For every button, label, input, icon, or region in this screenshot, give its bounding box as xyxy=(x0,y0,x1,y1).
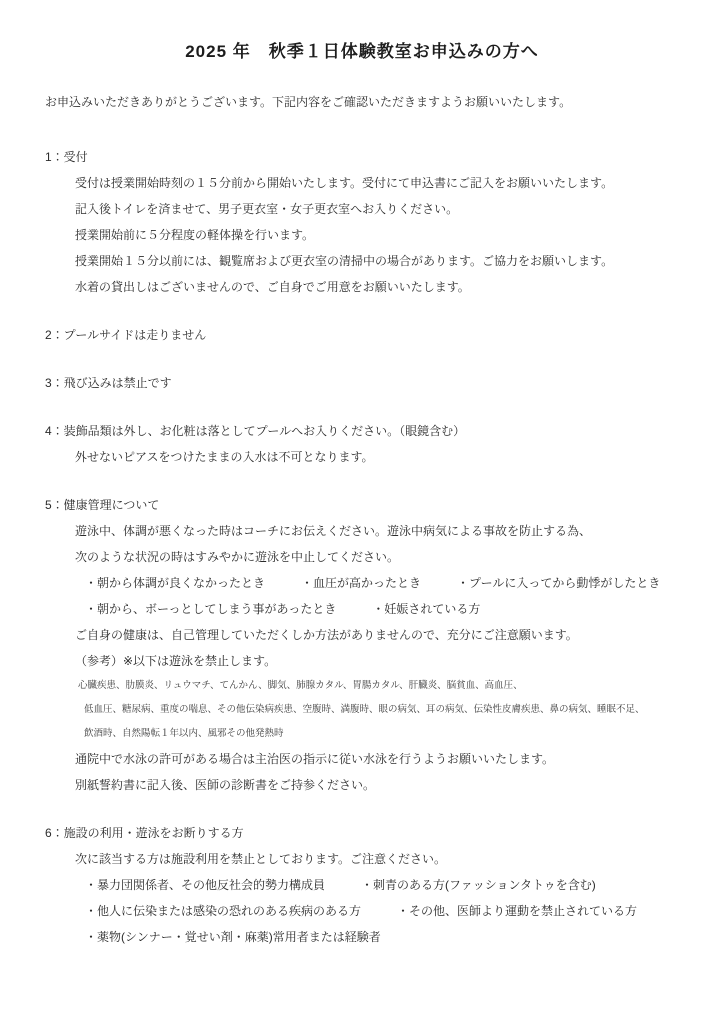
section-line: 別紙誓約書に記入後、医師の診断書をご持参ください。 xyxy=(75,772,704,798)
prohibited-conditions-line: 飲酒時、自然陽転１年以内、風邪その他発熱時 xyxy=(84,722,704,746)
section-bullet-line: ・朝から体調が良くなかったとき ・血圧が高かったとき ・プールに入ってから動悸が… xyxy=(85,570,704,596)
section-heading: 2：プールサイドは走りません xyxy=(45,322,724,348)
intro-text: お申込みいただきありがとうございます。下記内容をご確認いただきますようお願いいた… xyxy=(45,94,694,110)
prohibited-conditions-line: 心臓疾患、肋膜炎、リュウマチ、てんかん、脚気、肺腺カタル、胃腸カタル、肝臓炎、脳… xyxy=(78,674,704,698)
section-refusal: 6：施設の利用・遊泳をお断りする方 次に該当する方は施設利用を禁止としております… xyxy=(0,820,724,950)
section-line: 遊泳中、体調が悪くなった時はコーチにお伝えください。遊泳中病気による事故を防止す… xyxy=(75,518,704,544)
section-heading: 4：装飾品類は外し、お化粧は落としてプールへお入りください。（眼鏡含む） xyxy=(45,418,724,444)
section-bullet-line: ・暴力団関係者、その他反社会的勢力構成員 ・刺青のある方(ファッションタトゥを含… xyxy=(85,872,704,898)
section-heading: 5：健康管理について xyxy=(45,492,724,518)
section-accessories: 4：装飾品類は外し、お化粧は落としてプールへお入りください。（眼鏡含む） 外せな… xyxy=(0,418,724,470)
section-line: 受付は授業開始時刻の１５分前から開始いたします。受付にて申込書にご記入をお願いい… xyxy=(75,170,704,196)
section-no-running: 2：プールサイドは走りません xyxy=(0,322,724,348)
section-heading: 1：受付 xyxy=(45,144,724,170)
section-heading: 3：飛び込みは禁止です xyxy=(45,370,724,396)
prohibited-conditions-line: 低血圧、糖尿病、重度の喘息、その他伝染病疾患、空腹時、満腹時、眼の病気、耳の病気… xyxy=(84,698,704,722)
section-line: 水着の貸出しはございませんので、ご自身でご用意をお願いいたします。 xyxy=(75,274,704,300)
section-line: ご自身の健康は、自己管理していただくしか方法がありませんので、充分にご注意願いま… xyxy=(75,622,704,648)
section-line: （参考）※以下は遊泳を禁止します。 xyxy=(75,648,704,674)
section-line: 次に該当する方は施設利用を禁止としております。ご注意ください。 xyxy=(75,846,704,872)
section-bullet-line: ・朝から、ボーっとしてしまう事があったとき ・妊娠されている方 xyxy=(85,596,704,622)
section-line: 通院中で水泳の許可がある場合は主治医の指示に従い水泳を行うようお願いいたします。 xyxy=(75,746,704,772)
document-title: 2025 年 秋季１日体験教室お申込みの方へ xyxy=(0,0,724,64)
section-health: 5：健康管理について 遊泳中、体調が悪くなった時はコーチにお伝えください。遊泳中… xyxy=(0,492,724,798)
section-bullet-line: ・他人に伝染または感染の恐れのある疾病のある方 ・その他、医師より運動を禁止され… xyxy=(85,898,704,924)
section-bullet-line: ・薬物(シンナー・覚せい剤・麻薬)常用者または経験者 xyxy=(85,924,704,950)
section-line: 記入後トイレを済ませて、男子更衣室・女子更衣室へお入りください。 xyxy=(75,196,704,222)
document-page: 2025 年 秋季１日体験教室お申込みの方へ お申込みいただきありがとうございま… xyxy=(0,0,724,1024)
section-line: 次のような状況の時はすみやかに遊泳を中止してください。 xyxy=(75,544,704,570)
section-line: 外せないピアスをつけたままの入水は不可となります。 xyxy=(75,444,704,470)
section-reception: 1：受付 受付は授業開始時刻の１５分前から開始いたします。受付にて申込書にご記入… xyxy=(0,144,724,300)
section-line: 授業開始１５分以前には、観覧席および更衣室の清掃中の場合があります。ご協力をお願… xyxy=(75,248,704,274)
section-line: 授業開始前に５分程度の軽体操を行います。 xyxy=(75,222,704,248)
section-heading: 6：施設の利用・遊泳をお断りする方 xyxy=(45,820,724,846)
section-no-diving: 3：飛び込みは禁止です xyxy=(0,370,724,396)
